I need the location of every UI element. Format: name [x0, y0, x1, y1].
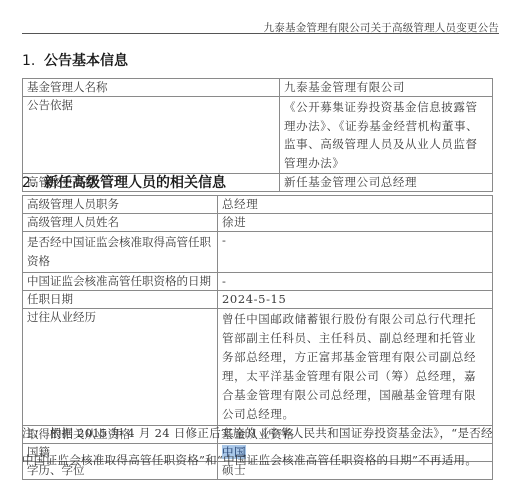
- table-row: 任职日期 2024-5-15: [23, 291, 493, 309]
- row-label: 是否经中国证监会核准取得高管任职资格: [23, 232, 218, 273]
- row-value: 曾任中国邮政储蓄银行股份有限公司总行代理托管部副主任科员、主任科员、副总经理和托…: [218, 309, 493, 426]
- section-2-heading: 2.新任高级管理人员的相关信息: [22, 172, 226, 192]
- section-title-text: 公告基本信息: [44, 53, 128, 69]
- row-label: 公告依据: [23, 97, 280, 174]
- table-row: 公告依据 《公开募集证券投资基金信息披露管理办法》、《证券基金经营机构董事、监事…: [23, 97, 493, 174]
- table-row: 过往从业经历 曾任中国邮政储蓄银行股份有限公司总行代理托管部副主任科员、主任科员…: [23, 309, 493, 426]
- footnote-label: 注：: [22, 426, 46, 440]
- footnote-text: 根据 2015 年 4 月 24 日修正后实施的《中华人民共和国证券投资基金法》…: [22, 426, 493, 467]
- row-value: 总经理: [218, 196, 493, 214]
- row-label: 基金管理人名称: [23, 79, 280, 97]
- row-value: 新任基金管理公司总经理: [280, 174, 493, 192]
- row-label: 高级管理人员职务: [23, 196, 218, 214]
- row-value: 2024-5-15: [218, 291, 493, 309]
- table-row: 是否经中国证监会核准取得高管任职资格 -: [23, 232, 493, 273]
- section-number: 1.: [22, 53, 44, 69]
- footnote: 注： 根据 2015 年 4 月 24 日修正后实施的《中华人民共和国证券投资基…: [22, 420, 502, 474]
- row-value: 徐进: [218, 214, 493, 232]
- row-value: 《公开募集证券投资基金信息披露管理办法》、《证券基金经营机构董事、监事、高级管理…: [280, 97, 493, 174]
- row-label: 过往从业经历: [23, 309, 218, 426]
- row-label: 高级管理人员姓名: [23, 214, 218, 232]
- table-row: 基金管理人名称 九泰基金管理有限公司: [23, 79, 493, 97]
- row-value: -: [218, 273, 493, 291]
- header-divider: [22, 33, 499, 34]
- section-title-text: 新任高级管理人员的相关信息: [44, 175, 226, 191]
- row-value: -: [218, 232, 493, 273]
- table-row: 高级管理人员姓名 徐进: [23, 214, 493, 232]
- row-label: 任职日期: [23, 291, 218, 309]
- section-1-heading: 1.公告基本信息: [22, 50, 128, 70]
- table-row: 高级管理人员职务 总经理: [23, 196, 493, 214]
- table-row: 中国证监会核准高管任职资格的日期 -: [23, 273, 493, 291]
- row-value: 九泰基金管理有限公司: [280, 79, 493, 97]
- row-label: 中国证监会核准高管任职资格的日期: [23, 273, 218, 291]
- section-number: 2.: [22, 175, 44, 191]
